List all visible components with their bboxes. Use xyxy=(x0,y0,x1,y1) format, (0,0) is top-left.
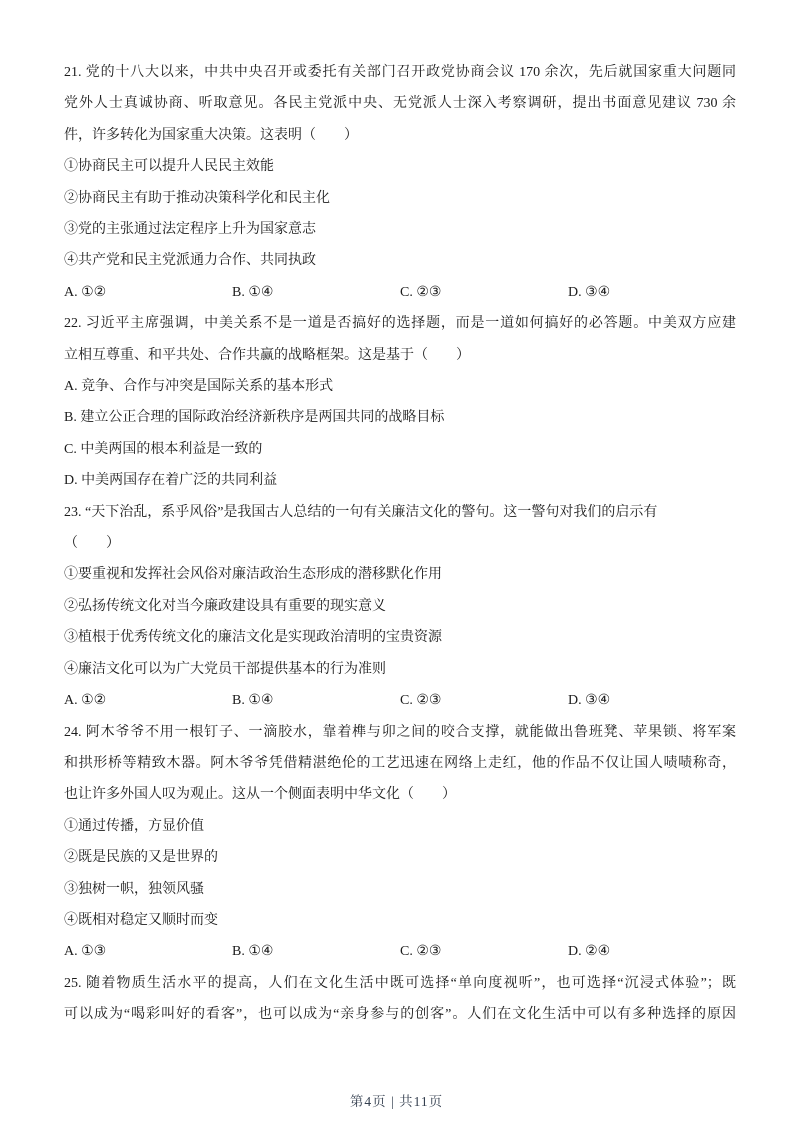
question-23-stem-line: 23. “天下治乱，系乎风俗”是我国古人总结的一句有关廉洁文化的警句。这一警句对… xyxy=(64,497,736,528)
page-number-indicator: 第4页 | 共11页 xyxy=(350,1094,443,1109)
question-24-choice-row: A. ①③ B. ①④ C. ②③ D. ②④ xyxy=(64,936,736,967)
question-21-stem-line: 件，许多转化为国家重大决策。这表明（ ） xyxy=(64,120,736,151)
question-21-numbered-option: ③党的主张通过法定程序上升为国家意志 xyxy=(64,214,736,245)
question-24: 24. 阿木爷爷不用一根钉子、一滴胶水，靠着榫与卯之间的咬合支撑，就能做出鲁班凳… xyxy=(64,717,736,968)
question-22-choice-line: C. 中美两国的根本利益是一致的 xyxy=(64,434,736,465)
question-23-numbered-option: ④廉洁文化可以为广大党员干部提供基本的行为准则 xyxy=(64,654,736,685)
question-23-numbered-option: ③植根于优秀传统文化的廉洁文化是实现政治清明的宝贵资源 xyxy=(64,622,736,653)
question-22: 22. 习近平主席强调，中美关系不是一道是否搞好的选择题，而是一道如何搞好的必答… xyxy=(64,308,736,496)
choice-d: D. ③④ xyxy=(568,685,736,716)
question-24-numbered-option: ④既相对稳定又顺时而变 xyxy=(64,905,736,936)
choice-c: C. ②③ xyxy=(400,277,568,308)
question-23-numbered-option: ②弘扬传统文化对当今廉政建设具有重要的现实意义 xyxy=(64,591,736,622)
choice-a: A. ①② xyxy=(64,685,232,716)
question-21-numbered-option: ①协商民主可以提升人民民主效能 xyxy=(64,151,736,182)
question-24-numbered-option: ②既是民族的又是世界的 xyxy=(64,842,736,873)
question-25-stem-line: 25. 随着物质生活水平的提高，人们在文化生活中既可选择“单向度视听”，也可选择… xyxy=(64,968,736,999)
question-24-numbered-option: ③独树一帜，独领风骚 xyxy=(64,874,736,905)
question-22-choice-line: A. 竞争、合作与冲突是国际关系的基本形式 xyxy=(64,371,736,402)
question-22-choice-line: B. 建立公正合理的国际政治经济新秩序是两国共同的战略目标 xyxy=(64,402,736,433)
question-24-stem-line: 24. 阿木爷爷不用一根钉子、一滴胶水，靠着榫与卯之间的咬合支撑，就能做出鲁班凳… xyxy=(64,717,736,748)
question-22-stem-line: 22. 习近平主席强调，中美关系不是一道是否搞好的选择题，而是一道如何搞好的必答… xyxy=(64,308,736,339)
choice-a: A. ①③ xyxy=(64,936,232,967)
question-21-choice-row: A. ①② B. ①④ C. ②③ D. ③④ xyxy=(64,277,736,308)
choice-b: B. ①④ xyxy=(232,685,400,716)
question-23-stem-line: （ ） xyxy=(64,528,736,559)
question-24-stem-line: 也让许多外国人叹为观止。这从一个侧面表明中华文化（ ） xyxy=(64,779,736,810)
choice-c: C. ②③ xyxy=(400,685,568,716)
question-22-choice-line: D. 中美两国存在着广泛的共同利益 xyxy=(64,465,736,496)
question-21-stem-line: 党外人士真诚协商、听取意见。各民主党派中央、无党派人士深入考察调研，提出书面意见… xyxy=(64,88,736,119)
page-footer: 第4页 | 共11页 xyxy=(0,1090,793,1110)
question-24-numbered-option: ①通过传播，方显价值 xyxy=(64,811,736,842)
question-21-numbered-option: ②协商民主有助于推动决策科学化和民主化 xyxy=(64,183,736,214)
question-21-stem-line: 21. 党的十八大以来，中共中央召开或委托有关部门召开政党协商会议 170 余次… xyxy=(64,57,736,88)
question-25-stem-line: 可以成为“喝彩叫好的看客”，也可以成为“亲身参与的创客”。人们在文化生活中可以有… xyxy=(64,999,736,1030)
question-24-stem-line: 和拱形桥等精致木器。阿木爷爷凭借精湛绝伦的工艺迅速在网络上走红，他的作品不仅让国… xyxy=(64,748,736,779)
question-23-numbered-option: ①要重视和发挥社会风俗对廉洁政治生态形成的潜移默化作用 xyxy=(64,559,736,590)
question-23: 23. “天下治乱，系乎风俗”是我国古人总结的一句有关廉洁文化的警句。这一警句对… xyxy=(64,497,736,717)
choice-b: B. ①④ xyxy=(232,936,400,967)
question-21: 21. 党的十八大以来，中共中央召开或委托有关部门召开政党协商会议 170 余次… xyxy=(64,57,736,308)
question-22-stem-line: 立相互尊重、和平共处、合作共赢的战略框架。这是基于（ ） xyxy=(64,340,736,371)
choice-d: D. ③④ xyxy=(568,277,736,308)
question-23-choice-row: A. ①② B. ①④ C. ②③ D. ③④ xyxy=(64,685,736,716)
exam-page-content: 21. 党的十八大以来，中共中央召开或委托有关部门召开政党协商会议 170 余次… xyxy=(64,57,736,1031)
choice-a: A. ①② xyxy=(64,277,232,308)
choice-b: B. ①④ xyxy=(232,277,400,308)
question-25: 25. 随着物质生活水平的提高，人们在文化生活中既可选择“单向度视听”，也可选择… xyxy=(64,968,736,1031)
choice-c: C. ②③ xyxy=(400,936,568,967)
choice-d: D. ②④ xyxy=(568,936,736,967)
question-21-numbered-option: ④共产党和民主党派通力合作、共同执政 xyxy=(64,245,736,276)
